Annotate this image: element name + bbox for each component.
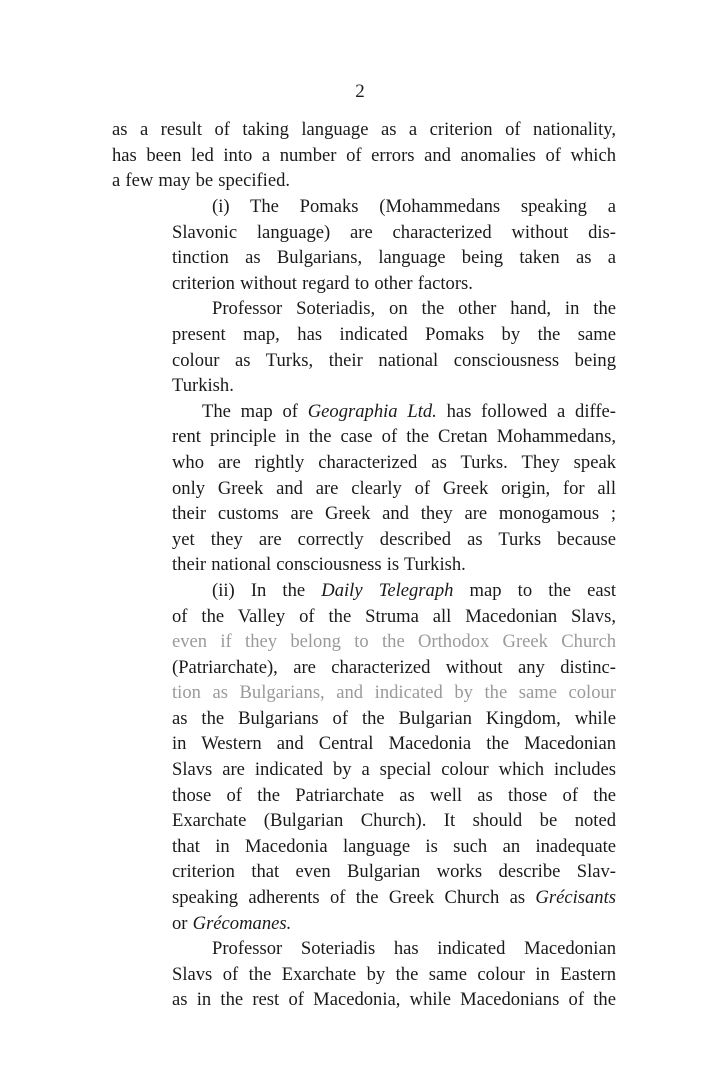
- text-line: their national consciousness is Turkish.: [142, 552, 616, 578]
- term-grecomanes: Grécomanes.: [193, 913, 292, 934]
- text-line: who are rightly characterized as Turks. …: [142, 450, 616, 476]
- text-line: in Western and Central Macedonia the Mac…: [172, 731, 616, 757]
- text-line: tinction as Bulgarians, language being t…: [172, 245, 616, 271]
- text-line: of the Valley of the Struma all Macedoni…: [172, 604, 616, 630]
- text-line: criterion that even Bulgarian works desc…: [172, 859, 616, 885]
- text-line: rent principle in the case of the Cretan…: [142, 424, 616, 450]
- term-grecisants: Grécisants: [535, 887, 616, 908]
- text-line: criterion without regard to other factor…: [172, 271, 616, 297]
- text-line: that in Macedonia language is such an in…: [172, 834, 616, 860]
- text-line: Professor Soteriadis has indicated Maced…: [172, 936, 616, 962]
- paragraph-daily-telegraph: (ii) In the Daily Telegraph map to the e…: [172, 578, 616, 936]
- paragraph-geographia: The map of Geographia Ltd. has followed …: [142, 399, 616, 578]
- text-line: Slavs of the Exarchate by the same colou…: [172, 962, 616, 988]
- text-line: The map of Geographia Ltd. has followed …: [142, 399, 616, 425]
- text-line: Slavs are indicated by a special colour …: [172, 757, 616, 783]
- map-title-geographia: Geographia Ltd.: [308, 401, 437, 422]
- text-line: Turkish.: [172, 373, 616, 399]
- paragraph-soteriadis-pomaks: Professor Soteriadis, on the other hand,…: [172, 296, 616, 398]
- text-run: has followed a diffe-: [437, 401, 616, 422]
- text-line: tion as Bulgarians, and indicated by the…: [172, 680, 616, 706]
- text-run: The map of: [202, 401, 308, 422]
- text-line: their customs are Greek and they are mon…: [142, 501, 616, 527]
- map-title-daily-telegraph: Daily Telegraph: [321, 580, 453, 601]
- text-line: as a result of taking language as a crit…: [112, 117, 616, 143]
- text-line: even if they belong to the Orthodox Gree…: [172, 629, 616, 655]
- text-run: or: [172, 913, 193, 934]
- text-line: only Greek and are clearly of Greek orig…: [142, 476, 616, 502]
- text-line: Exarchate (Bulgarian Church). It should …: [172, 808, 616, 834]
- text-line: (i) The Pomaks (Mohammedans speaking a: [172, 194, 616, 220]
- text-line: those of the Patriarchate as well as tho…: [172, 783, 616, 809]
- text-line: speaking adherents of the Greek Church a…: [172, 885, 616, 911]
- text-run: speaking adherents of the Greek Church a…: [172, 887, 535, 908]
- text-line: as in the rest of Macedonia, while Maced…: [172, 987, 616, 1013]
- text-line: (Patriarchate), are characterized withou…: [172, 655, 616, 681]
- paragraph-pomaks: (i) The Pomaks (Mohammedans speaking a S…: [172, 194, 616, 296]
- text-line: Slavonic language) are characterized wit…: [172, 220, 616, 246]
- text-line: has been led into a number of errors and…: [112, 143, 616, 169]
- text-run: (ii) In the: [212, 580, 321, 601]
- page-number: 2: [0, 80, 720, 104]
- text-line: or Grécomanes.: [172, 911, 616, 937]
- text-line: a few may be specified.: [112, 168, 616, 194]
- text-run: map to the east: [453, 580, 616, 601]
- text-line: colour as Turks, their national consciou…: [172, 348, 616, 374]
- lead-paragraph: as a result of taking language as a crit…: [112, 117, 616, 194]
- text-line: Professor Soteriadis, on the other hand,…: [172, 296, 616, 322]
- paragraph-soteriadis-exarchate: Professor Soteriadis has indicated Maced…: [172, 936, 616, 1013]
- text-line: yet they are correctly described as Turk…: [142, 527, 616, 553]
- body-text: (i) The Pomaks (Mohammedans speaking a S…: [172, 194, 616, 1013]
- text-line: present map, has indicated Pomaks by the…: [172, 322, 616, 348]
- text-line: (ii) In the Daily Telegraph map to the e…: [172, 578, 616, 604]
- text-line: as the Bulgarians of the Bulgarian Kingd…: [172, 706, 616, 732]
